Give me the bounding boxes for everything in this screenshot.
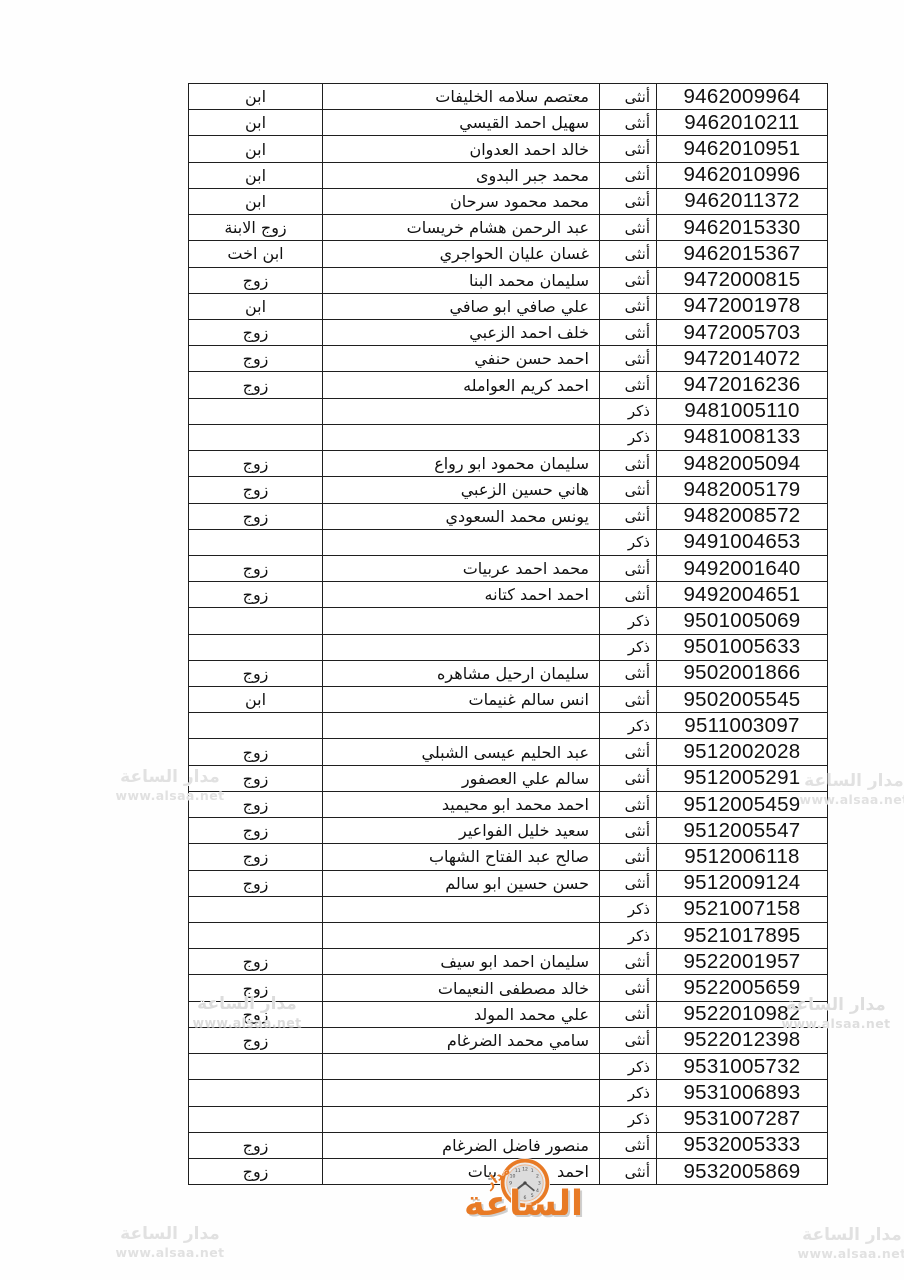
table-row: ابنسهيل احمد القيسيأنثى9462010211: [189, 110, 827, 136]
logo-main-word: الساعة: [464, 1184, 583, 1224]
table-row: ذكر9521007158: [189, 897, 827, 923]
name-cell: معتصم سلامه الخليفات: [323, 84, 600, 109]
name-cell: سعيد خليل الفواعير: [323, 818, 600, 843]
name-cell: محمد احمد عربيات: [323, 556, 600, 581]
svg-text:6: 6: [524, 1195, 527, 1201]
name-cell: سهيل احمد القيسي: [323, 110, 600, 135]
id-cell: 9482005179: [657, 477, 827, 502]
table-row: ذكر9531005732: [189, 1054, 827, 1080]
table-row: زوجسليمان احمد ابو سيفأنثى9522001957: [189, 949, 827, 975]
table-row: زوجهاني حسين الزعبيأنثى9482005179: [189, 477, 827, 503]
id-cell: 9482005094: [657, 451, 827, 476]
relation-cell: زوج: [189, 477, 323, 502]
table-row: ذكر9531007287: [189, 1107, 827, 1133]
table-row: ابن اختغسان عليان الحواجريأنثى9462015367: [189, 241, 827, 267]
name-cell: عبد الحليم عيسى الشبلي: [323, 739, 600, 764]
id-cell: 9462010996: [657, 163, 827, 188]
id-cell: 9531006893: [657, 1080, 827, 1105]
gender-cell: ذكر: [600, 923, 657, 948]
id-cell: 9482008572: [657, 504, 827, 529]
id-cell: 9522005659: [657, 975, 827, 1000]
gender-cell: أنثى: [600, 477, 657, 502]
table-row: زوجاحمد محمد ابو محيميدأنثى9512005459: [189, 792, 827, 818]
watermark-brand-text: مدار الساعة: [108, 1225, 232, 1244]
id-cell: 9492004651: [657, 582, 827, 607]
id-cell: 9501005069: [657, 608, 827, 633]
id-cell: 9462011372: [657, 189, 827, 214]
relation-cell: ابن اخت: [189, 241, 323, 266]
relation-cell: [189, 923, 323, 948]
id-cell: 9522012398: [657, 1028, 827, 1053]
name-cell: انس سالم غنيمات: [323, 687, 600, 712]
gender-cell: أنثى: [600, 136, 657, 161]
relation-cell: زوج: [189, 766, 323, 791]
name-cell: غسان عليان الحواجري: [323, 241, 600, 266]
id-cell: 9531007287: [657, 1107, 827, 1132]
table-row: ذكر9481008133: [189, 425, 827, 451]
table-row: ابنمعتصم سلامه الخليفاتأنثى9462009964: [189, 84, 827, 110]
name-cell: سامي محمد الضرغام: [323, 1028, 600, 1053]
gender-cell: أنثى: [600, 372, 657, 397]
name-cell: احمد حسن حنفي: [323, 346, 600, 371]
table-row: زوجسليمان ارحيل مشاهرهأنثى9502001866: [189, 661, 827, 687]
gender-cell: أنثى: [600, 215, 657, 240]
relation-cell: زوج: [189, 975, 323, 1000]
gender-cell: ذكر: [600, 1054, 657, 1079]
gender-cell: أنثى: [600, 163, 657, 188]
name-cell: احمد محمد ابو محيميد: [323, 792, 600, 817]
name-cell: احمدبيات: [323, 1159, 600, 1184]
gender-cell: ذكر: [600, 1080, 657, 1105]
table-row: زوجيونس محمد السعوديأنثى9482008572: [189, 504, 827, 530]
watermark: مدار الساعة www.alsaa.net: [790, 1226, 904, 1260]
gender-cell: أنثى: [600, 84, 657, 109]
relation-cell: زوج: [189, 556, 323, 581]
relation-cell: زوج: [189, 792, 323, 817]
name-cell: علي صافي ابو صافي: [323, 294, 600, 319]
table-row: ذكر9531006893: [189, 1080, 827, 1106]
id-cell: 9491004653: [657, 530, 827, 555]
table-row: زوج الابنةعبد الرحمن هشام خريساتأنثى9462…: [189, 215, 827, 241]
relation-cell: ابن: [189, 163, 323, 188]
id-cell: 9472014072: [657, 346, 827, 371]
table-row: زوجمنصور فاضل الضرغامأنثى9532005333: [189, 1133, 827, 1159]
gender-cell: ذكر: [600, 530, 657, 555]
id-cell: 9512005459: [657, 792, 827, 817]
relation-cell: زوج: [189, 582, 323, 607]
relation-cell: زوج: [189, 871, 323, 896]
gender-cell: أنثى: [600, 1133, 657, 1158]
relation-cell: [189, 530, 323, 555]
relation-cell: [189, 608, 323, 633]
gender-cell: ذكر: [600, 425, 657, 450]
name-cell: [323, 530, 600, 555]
table-row: ذكر9501005069: [189, 608, 827, 634]
gender-cell: أنثى: [600, 975, 657, 1000]
id-cell: 9531005732: [657, 1054, 827, 1079]
table-row: ابنخالد احمد العدوانأنثى9462010951: [189, 136, 827, 162]
name-fragment: بيات: [468, 1162, 497, 1181]
relation-cell: زوج: [189, 346, 323, 371]
table-row: زوجصالح عبد الفتاح الشهابأنثى9512006118: [189, 844, 827, 870]
table-row: ابنعلي صافي ابو صافيأنثى9472001978: [189, 294, 827, 320]
table-row: زوجخالد مصطفى النعيماتأنثى9522005659: [189, 975, 827, 1001]
table-row: ذكر9481005110: [189, 399, 827, 425]
id-cell: 9492001640: [657, 556, 827, 581]
gender-cell: أنثى: [600, 818, 657, 843]
relation-cell: زوج: [189, 739, 323, 764]
name-cell: خالد احمد العدوان: [323, 136, 600, 161]
relation-cell: [189, 1080, 323, 1105]
relation-cell: زوج: [189, 1002, 323, 1027]
name-cell: [323, 1107, 600, 1132]
name-cell: هاني حسين الزعبي: [323, 477, 600, 502]
name-cell: احمد احمد كتانه: [323, 582, 600, 607]
name-cell: حسن حسين ابو سالم: [323, 871, 600, 896]
relation-cell: زوج: [189, 1028, 323, 1053]
gender-cell: أنثى: [600, 110, 657, 135]
id-cell: 9472016236: [657, 372, 827, 397]
id-cell: 9462009964: [657, 84, 827, 109]
gender-cell: أنثى: [600, 792, 657, 817]
id-cell: 9462010211: [657, 110, 827, 135]
name-cell: احمد كريم العوامله: [323, 372, 600, 397]
table-row: ذكر9521017895: [189, 923, 827, 949]
id-cell: 9522001957: [657, 949, 827, 974]
gender-cell: أنثى: [600, 661, 657, 686]
relation-cell: [189, 713, 323, 738]
gender-cell: أنثى: [600, 346, 657, 371]
gender-cell: أنثى: [600, 268, 657, 293]
gender-cell: أنثى: [600, 1159, 657, 1184]
id-cell: 9532005333: [657, 1133, 827, 1158]
table-row: ذكر9511003097: [189, 713, 827, 739]
gender-cell: ذكر: [600, 713, 657, 738]
name-cell: علي محمد المولد: [323, 1002, 600, 1027]
name-cell: محمد جبر البدوى: [323, 163, 600, 188]
name-cell: عبد الرحمن هشام خريسات: [323, 215, 600, 240]
relation-cell: زوج الابنة: [189, 215, 323, 240]
watermark-url-text: www.alsaa.net: [108, 1246, 232, 1260]
name-cell: [323, 635, 600, 660]
id-cell: 9502001866: [657, 661, 827, 686]
relation-cell: زوج: [189, 949, 323, 974]
gender-cell: أنثى: [600, 320, 657, 345]
table-row: ذكر9491004653: [189, 530, 827, 556]
relation-cell: زوج: [189, 818, 323, 843]
id-cell: 9512002028: [657, 739, 827, 764]
name-cell: خلف احمد الزعبي: [323, 320, 600, 345]
watermark: مدار الساعة www.alsaa.net: [108, 1225, 232, 1259]
records-table: ابنمعتصم سلامه الخليفاتأنثى9462009964ابن…: [188, 83, 828, 1185]
table-row: زوجخلف احمد الزعبيأنثى9472005703: [189, 320, 827, 346]
table-row: زوجاحمد حسن حنفيأنثى9472014072: [189, 346, 827, 372]
table-row: زوجعلي محمد المولدأنثى9522010982: [189, 1002, 827, 1028]
table-row: ابنمحمد محمود سرحانأنثى9462011372: [189, 189, 827, 215]
id-cell: 9522010982: [657, 1002, 827, 1027]
relation-cell: ابن: [189, 110, 323, 135]
gender-cell: أنثى: [600, 687, 657, 712]
relation-cell: زوج: [189, 504, 323, 529]
relation-cell: ابن: [189, 136, 323, 161]
gender-cell: أنثى: [600, 451, 657, 476]
table-row: زوجاحمد كريم العواملهأنثى9472016236: [189, 372, 827, 398]
id-cell: 9481005110: [657, 399, 827, 424]
table-row: ابنمحمد جبر البدوىأنثى9462010996: [189, 163, 827, 189]
relation-cell: ابن: [189, 84, 323, 109]
id-cell: 9521007158: [657, 897, 827, 922]
relation-cell: زوج: [189, 320, 323, 345]
gender-cell: أنثى: [600, 294, 657, 319]
gender-cell: أنثى: [600, 504, 657, 529]
name-cell: صالح عبد الفتاح الشهاب: [323, 844, 600, 869]
name-cell: [323, 608, 600, 633]
svg-text:8: 8: [511, 1188, 514, 1194]
table-row: زوجسعيد خليل الفواعيرأنثى9512005547: [189, 818, 827, 844]
id-cell: 9462015367: [657, 241, 827, 266]
gender-cell: ذكر: [600, 897, 657, 922]
gender-cell: أنثى: [600, 189, 657, 214]
scanned-document-page: ابنمعتصم سلامه الخليفاتأنثى9462009964ابن…: [0, 0, 904, 1280]
gender-cell: أنثى: [600, 241, 657, 266]
name-cell: منصور فاضل الضرغام: [323, 1133, 600, 1158]
name-cell: محمد محمود سرحان: [323, 189, 600, 214]
id-cell: 9501005633: [657, 635, 827, 660]
name-cell: يونس محمد السعودي: [323, 504, 600, 529]
id-cell: 9462015330: [657, 215, 827, 240]
gender-cell: أنثى: [600, 582, 657, 607]
relation-cell: [189, 425, 323, 450]
id-cell: 9462010951: [657, 136, 827, 161]
name-cell: [323, 399, 600, 424]
relation-cell: زوج: [189, 844, 323, 869]
name-cell: خالد مصطفى النعيمات: [323, 975, 600, 1000]
table-row: زوجسليمان محمود ابو رواعأنثى9482005094: [189, 451, 827, 477]
name-cell: [323, 1054, 600, 1079]
id-cell: 9512005291: [657, 766, 827, 791]
table-row: زوجعبد الحليم عيسى الشبليأنثى9512002028: [189, 739, 827, 765]
table-row: زوجاحمد احمد كتانهأنثى9492004651: [189, 582, 827, 608]
table-row: ذكر9501005633: [189, 635, 827, 661]
svg-text:5: 5: [531, 1193, 534, 1199]
name-cell: [323, 923, 600, 948]
gender-cell: ذكر: [600, 635, 657, 660]
relation-cell: زوج: [189, 451, 323, 476]
name-cell: سليمان ارحيل مشاهره: [323, 661, 600, 686]
watermark-brand-text: مدار الساعة: [790, 1226, 904, 1245]
table-row: زوجاحمدبياتأنثى9532005869: [189, 1159, 827, 1184]
relation-cell: ابن: [189, 189, 323, 214]
gender-cell: أنثى: [600, 556, 657, 581]
name-cell: [323, 897, 600, 922]
name-cell: [323, 425, 600, 450]
relation-cell: زوج: [189, 1159, 323, 1184]
id-cell: 9481008133: [657, 425, 827, 450]
gender-cell: أنثى: [600, 1002, 657, 1027]
name-cell: [323, 713, 600, 738]
table-row: زوجسالم علي العصفورأنثى9512005291: [189, 766, 827, 792]
name-fragment: احمد: [557, 1162, 589, 1181]
id-cell: 9521017895: [657, 923, 827, 948]
relation-cell: [189, 897, 323, 922]
name-cell: [323, 1080, 600, 1105]
gender-cell: ذكر: [600, 1107, 657, 1132]
svg-text:7: 7: [516, 1193, 519, 1199]
svg-text:4: 4: [536, 1188, 539, 1194]
name-cell: سالم علي العصفور: [323, 766, 600, 791]
relation-cell: ابن: [189, 294, 323, 319]
name-cell: سليمان محمد البنا: [323, 268, 600, 293]
relation-cell: زوج: [189, 372, 323, 397]
id-cell: 9511003097: [657, 713, 827, 738]
table-row: زوجسليمان محمد البناأنثى9472000815: [189, 268, 827, 294]
table-row: زوجمحمد احمد عربياتأنثى9492001640: [189, 556, 827, 582]
relation-cell: ابن: [189, 687, 323, 712]
id-cell: 9512005547: [657, 818, 827, 843]
relation-cell: [189, 1107, 323, 1132]
gender-cell: أنثى: [600, 949, 657, 974]
id-cell: 9532005869: [657, 1159, 827, 1184]
relation-cell: [189, 635, 323, 660]
gender-cell: ذكر: [600, 608, 657, 633]
gender-cell: أنثى: [600, 739, 657, 764]
id-cell: 9472000815: [657, 268, 827, 293]
relation-cell: زوج: [189, 1133, 323, 1158]
table-row: زوجحسن حسين ابو سالمأنثى9512009124: [189, 871, 827, 897]
relation-cell: [189, 399, 323, 424]
name-cell: سليمان احمد ابو سيف: [323, 949, 600, 974]
relation-cell: زوج: [189, 661, 323, 686]
gender-cell: أنثى: [600, 1028, 657, 1053]
gender-cell: أنثى: [600, 844, 657, 869]
relation-cell: زوج: [189, 268, 323, 293]
table-row: زوجسامي محمد الضرغامأنثى9522012398: [189, 1028, 827, 1054]
relation-cell: [189, 1054, 323, 1079]
id-cell: 9502005545: [657, 687, 827, 712]
gender-cell: ذكر: [600, 399, 657, 424]
gender-cell: أنثى: [600, 871, 657, 896]
id-cell: 9472005703: [657, 320, 827, 345]
id-cell: 9512006118: [657, 844, 827, 869]
id-cell: 9512009124: [657, 871, 827, 896]
gender-cell: أنثى: [600, 766, 657, 791]
watermark-url-text: www.alsaa.net: [790, 1247, 904, 1261]
id-cell: 9472001978: [657, 294, 827, 319]
table-row: ابنانس سالم غنيماتأنثى9502005545: [189, 687, 827, 713]
name-cell: سليمان محمود ابو رواع: [323, 451, 600, 476]
